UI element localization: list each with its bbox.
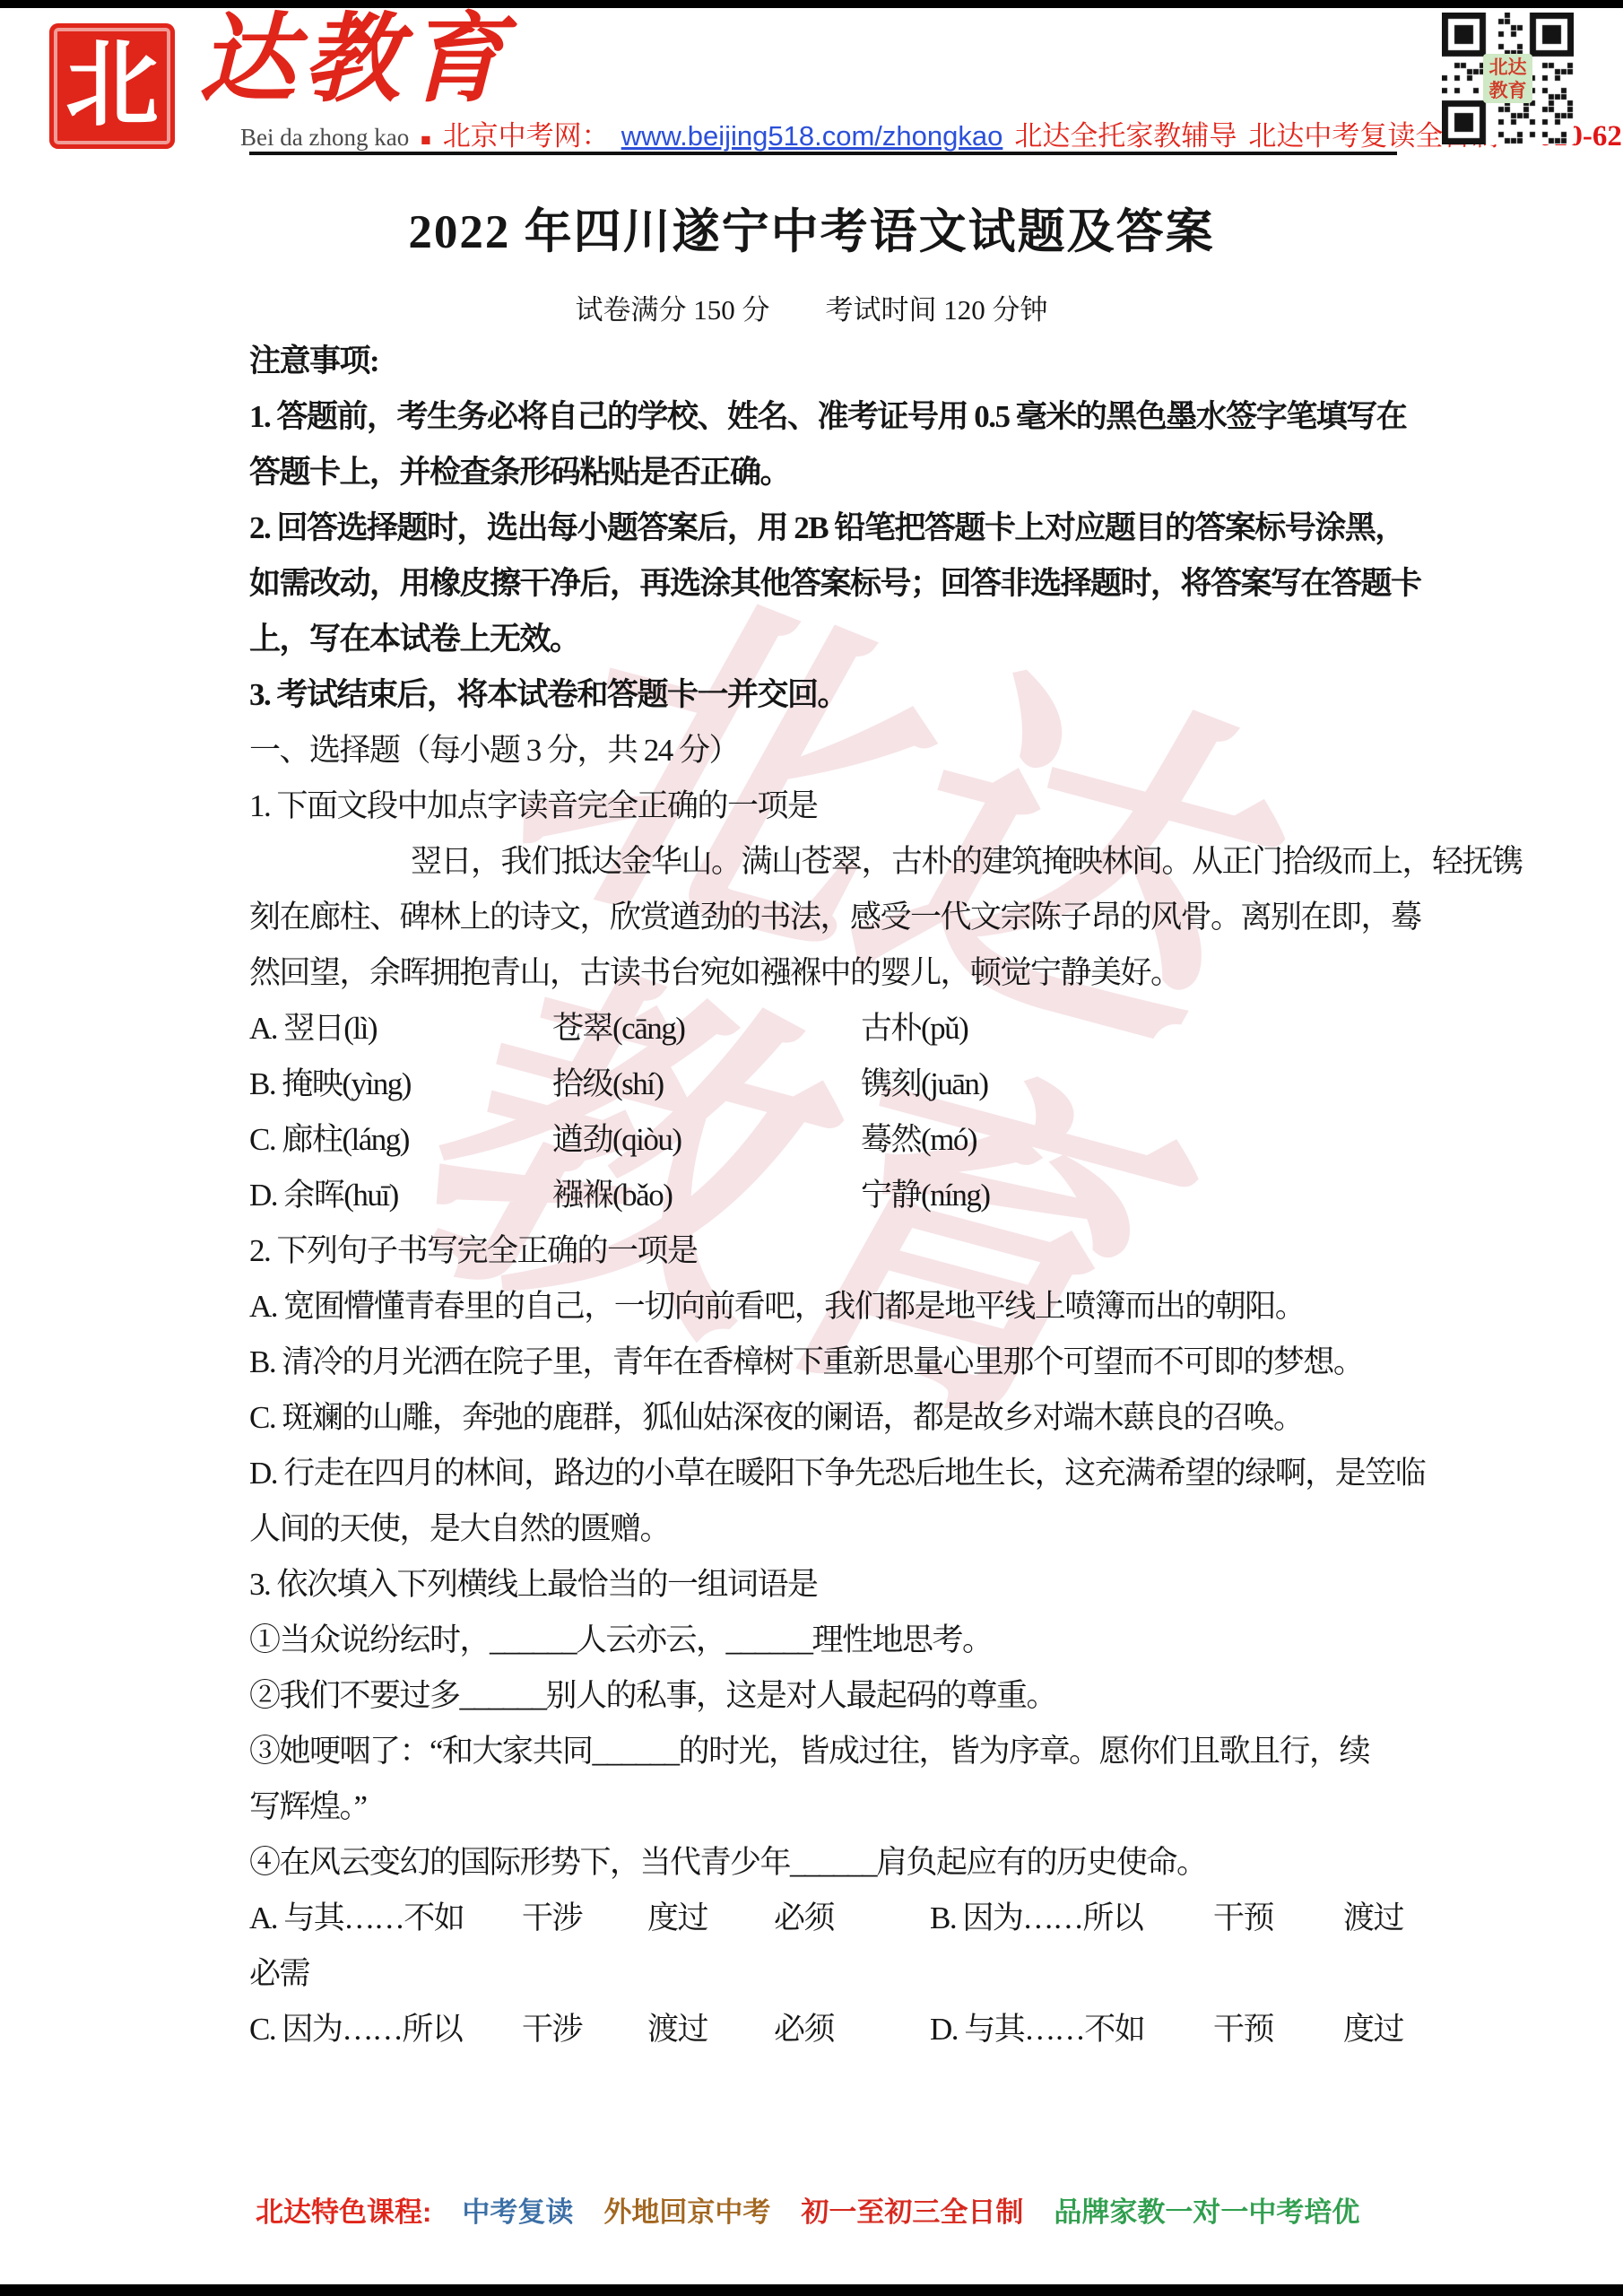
footer-item-one-on-one: 品牌家教一对一中考培优 <box>1054 2189 1359 2230</box>
notice-heading: 注意事项: <box>249 334 1428 389</box>
tagline-english: Bei da zhong kao <box>240 124 409 152</box>
logo-text: 达教育 <box>199 7 511 115</box>
q1-option-row-c[interactable]: C. 廊柱(láng) 遒劲(qiòu) 蓦然(mó) <box>249 1112 1428 1168</box>
footer-item-return-beijing: 外地回京中考 <box>603 2189 770 2230</box>
exam-body: 注意事项: 1. 答题前，考生务必将自己的学校、姓名、准考证号用 0.5 毫米的… <box>249 334 1428 2057</box>
exam-info-subtitle: 试卷满分 150 分 考试时间 120 分钟 <box>0 287 1623 327</box>
q1-option-d: D. 余晖(huī) <box>249 1168 552 1223</box>
q1-passage-line: 然回望，余晖拥抱青山，古读书台宛如襁褓中的婴儿，顿觉宁静美好。 <box>249 945 1428 1001</box>
q3-option-a-word1: 干涉 <box>522 1891 647 1946</box>
q1-option-row-b[interactable]: B. 掩映(yìng) 拾级(shí) 镌刻(juān) <box>249 1057 1428 1112</box>
q3-option-c-word1: 干涉 <box>522 2002 647 2057</box>
q1-option-c: C. 廊柱(láng) <box>249 1112 552 1168</box>
q1-option-row-d[interactable]: D. 余晖(huī) 襁褓(bǎo) 宁静(níng) <box>249 1168 1428 1223</box>
q2-option-d[interactable]: D. 行走在四月的林间，路边的小草在暖阳下争先恐后地生长，这充满希望的绿啊，是笠… <box>249 1446 1428 1501</box>
header-tagline: Bei da zhong kao ■ 北京中考网： www.beijing518… <box>240 113 1623 153</box>
q3-item-1: ①当众说纷纭时，______人云亦云，______理性地思考。 <box>249 1613 1428 1668</box>
logo-seal-stamp: 北 <box>49 23 175 149</box>
q3-item-4: ④在风云变幻的国际形势下，当代青少年______肩负起应有的历史使命。 <box>249 1835 1428 1891</box>
q3-item-3: ③她哽咽了：“和大家共同______的时光，皆成过往，皆为序章。愿你们且歌且行，… <box>249 1724 1428 1779</box>
notice-line: 2. 回答选择题时，选出每小题答案后，用 2B 铅笔把答题卡上对应题目的答案标号… <box>249 500 1428 556</box>
q3-option-row-ab[interactable]: A. 与其……不如 干涉 度过 必须 B. 因为……所以 干预 渡过 <box>249 1891 1428 1946</box>
notice-line: 3. 考试结束后，将本试卷和答题卡一并交回。 <box>249 667 1428 723</box>
footer-item-fulltime: 初一至初三全日制 <box>801 2189 1023 2230</box>
q2-option-c[interactable]: C. 斑斓的山雕，奔弛的鹿群，狐仙姑深夜的阑语，都是故乡对端木蕻良的召唤。 <box>249 1390 1428 1446</box>
promo-tutoring: 北达全托家教辅导 <box>1014 113 1237 153</box>
exam-paper-page: 北达教育 北 达教育 Bei da zhong kao ■ 北京中考网： www… <box>0 0 1623 2296</box>
q1-option-b: B. 掩映(yìng) <box>249 1057 552 1112</box>
q3-option-a-word3: 必须 <box>774 1891 930 1946</box>
q3-option-d-label: D. 与其……不如 <box>930 2002 1213 2057</box>
q1-option-b-word3: 镌刻(juān) <box>861 1057 1428 1112</box>
q3-option-c-word2: 渡过 <box>647 2002 774 2057</box>
notice-line: 1. 答题前，考生务必将自己的学校、姓名、准考证号用 0.5 毫米的黑色墨水签字… <box>249 389 1428 445</box>
q2-option-d-continuation: 人间的天使，是大自然的匮赠。 <box>249 1501 1428 1557</box>
footer-promo-bar: 北达特色课程: 中考复读 外地回京中考 初一至初三全日制 品牌家教一对一中考培优 <box>256 2189 1359 2230</box>
q3-item-3-continuation: 写辉煌。” <box>249 1779 1428 1835</box>
q1-stem: 1. 下面文段中加点字读音完全正确的一项是 <box>249 778 1428 834</box>
q3-stem: 3. 依次填入下列横线上最恰当的一组词语是 <box>249 1557 1428 1613</box>
q2-option-b[interactable]: B. 清冷的月光洒在院子里，青年在香樟树下重新思量心里那个可望而不可即的梦想。 <box>249 1335 1428 1390</box>
bottom-border-bar <box>0 2284 1623 2296</box>
q1-option-a-word2: 苍翠(cāng) <box>552 1001 861 1057</box>
header-divider-rule <box>249 152 1397 155</box>
q1-option-c-word3: 蓦然(mó) <box>861 1112 1428 1168</box>
footer-item-repeat-program: 中考复读 <box>462 2189 573 2230</box>
q3-option-a-word2: 度过 <box>647 1891 774 1946</box>
q1-option-d-word2: 襁褓(bǎo) <box>552 1168 861 1223</box>
q3-option-d-word1: 干预 <box>1213 2002 1343 2057</box>
footer-label: 北达特色课程: <box>256 2189 431 2230</box>
notice-line: 如需改动，用橡皮擦干净后，再选涂其他答案标号；回答非选择题时，将答案写在答题卡 <box>249 556 1428 612</box>
logo-seal-char: 北 <box>65 39 159 133</box>
q1-passage-line: 翌日，我们抵达金华山。满山苍翠，古朴的建筑掩映林间。从正门拾级而上，轻抚镌 <box>249 834 1428 890</box>
square-bullet-icon: ■ <box>421 131 430 151</box>
q1-option-a-word3: 古朴(pǔ) <box>861 1001 1428 1057</box>
notice-line: 上，写在本试卷上无效。 <box>249 612 1428 667</box>
section-heading: 一、选择题（每小题 3 分，共 24 分） <box>249 723 1428 778</box>
q1-option-d-word3: 宁静(níng) <box>861 1168 1428 1223</box>
q1-option-c-word2: 遒劲(qiòu) <box>552 1112 861 1168</box>
page-title: 2022 年四川遂宁中考语文试题及答案 <box>0 194 1623 262</box>
q1-option-row-a[interactable]: A. 翌日(lì) 苍翠(cāng) 古朴(pǔ) <box>249 1001 1428 1057</box>
qr-center-label: 北达教育 <box>1483 54 1532 103</box>
q3-option-b-label: B. 因为……所以 <box>930 1891 1213 1946</box>
q2-stem: 2. 下列句子书写完全正确的一项是 <box>249 1223 1428 1279</box>
q3-option-b-word2: 渡过 <box>1343 1891 1428 1946</box>
q3-item-2: ②我们不要过多______别人的私事，这是对人最起码的尊重。 <box>249 1668 1428 1724</box>
q1-passage-line: 刻在廊柱、碑林上的诗文，欣赏遒劲的书法，感受一代文宗陈子昂的风骨。离别在即，蓦 <box>249 890 1428 945</box>
q3-option-a-label: A. 与其……不如 <box>249 1891 522 1946</box>
q3-option-c-label: C. 因为……所以 <box>249 2002 522 2057</box>
q3-option-b-word1: 干预 <box>1213 1891 1343 1946</box>
q1-option-b-word2: 拾级(shí) <box>552 1057 861 1112</box>
site-url-link[interactable]: www.beijing518.com/zhongkao <box>621 120 1003 152</box>
q3-option-row-cd[interactable]: C. 因为……所以 干涉 渡过 必须 D. 与其……不如 干预 度过 <box>249 2002 1428 2057</box>
q3-option-b-wrap-word: 必需 <box>249 1946 1428 2002</box>
notice-line: 答题卡上，并检查条形码粘贴是否正确。 <box>249 445 1428 500</box>
site-label: 北京中考网： <box>443 113 610 153</box>
q2-option-a[interactable]: A. 宽囿懵懂青春里的自己，一切向前看吧，我们都是地平线上喷簿而出的朝阳。 <box>249 1279 1428 1335</box>
q3-option-c-word3: 必须 <box>774 2002 930 2057</box>
q3-option-d-word2: 度过 <box>1343 2002 1428 2057</box>
qr-code: 北达教育 <box>1442 13 1574 147</box>
q1-option-a: A. 翌日(lì) <box>249 1001 552 1057</box>
